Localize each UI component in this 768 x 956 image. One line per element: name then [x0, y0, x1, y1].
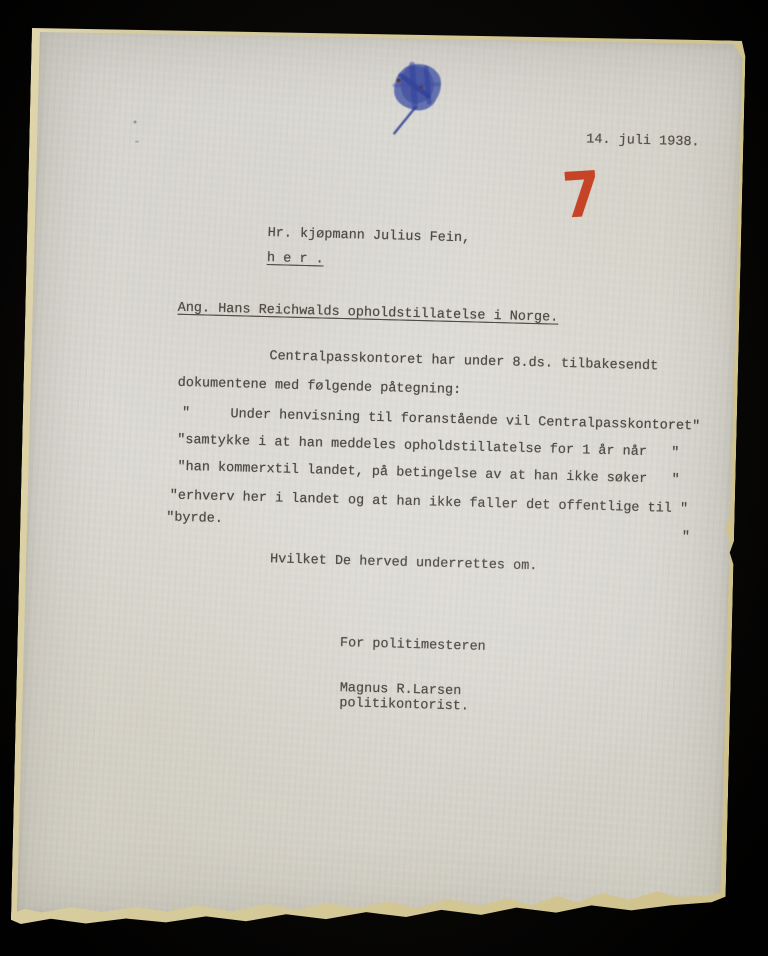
pencil-speck — [135, 141, 139, 143]
quote-closing-mark: " — [682, 530, 691, 546]
body-intro-line1: Centralpasskontoret har under 8.ds. tilb… — [269, 349, 658, 375]
body-intro-line2: dokumentene med følgende påtegning: — [177, 376, 461, 399]
closing-line: Hvilket De herved underrettes om. — [270, 552, 538, 575]
quote-line-3: "han kommerxtil landet, på betingelse av… — [177, 460, 680, 489]
photo-backdrop: 14. juli 1938. 7 Hr. kjøpmann Julius Fei… — [0, 0, 768, 956]
date-line: 14. juli 1938. — [586, 132, 700, 151]
signature-title: politikontorist. — [339, 696, 469, 715]
signoff-line: For politimesteren — [340, 636, 486, 656]
recipient-name-line: Hr. kjøpmann Julius Fein, — [267, 226, 470, 247]
ink-blot-icon — [379, 55, 453, 149]
letter-page: 14. juli 1938. 7 Hr. kjøpmann Julius Fei… — [17, 26, 743, 932]
quote-line-5: "byrde. — [166, 510, 223, 527]
pencil-speck — [133, 120, 136, 123]
quote-line-4: "erhverv her i landet og at han ikke fal… — [170, 489, 689, 519]
subject-line: Ang. Hans Reichwalds opholdstillatelse i… — [177, 301, 558, 327]
handwritten-page-number: 7 — [561, 163, 603, 228]
quote-line-1: " Under henvisning til foranstående vil … — [182, 406, 701, 436]
quote-line-2: "samtykke i at han meddeles opholdstilla… — [177, 433, 680, 462]
recipient-place-line: h e r . — [267, 251, 324, 268]
